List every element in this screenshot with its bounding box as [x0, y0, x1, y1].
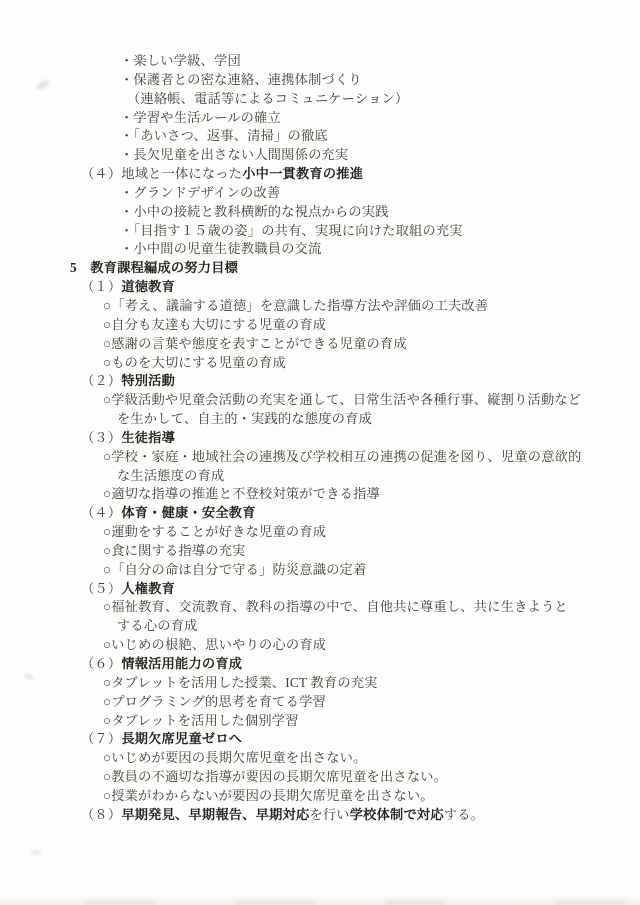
doc-text-segment: を生かして、自主的・実践的な態度の育成 — [117, 411, 372, 426]
doc-line-circle: ○プログラミング的思考を育てる学習 — [0, 693, 640, 712]
doc-text-segment: （４） — [81, 505, 121, 520]
doc-line-section: （２）特別活動 — [0, 372, 640, 391]
doc-line-circle: ○いじめの根絶、思いやりの心の育成 — [0, 636, 640, 655]
doc-line-section: （３）生徒指導 — [0, 429, 640, 448]
doc-text-segment-bold: 小中一貫教育の推進 — [242, 166, 363, 181]
doc-line-circle: ○「考え、議論する道徳」を意識した指導方法や評価の工夫改善 — [0, 297, 640, 316]
doc-line-circle: ○運動をすることが好きな児童の育成 — [0, 523, 640, 542]
doc-line-bullet: ・「あいさつ、返事、清掃」の徹底 — [0, 127, 640, 146]
doc-text-segment: ・「目指す１５歳の姿」の共有、実現に向けた取組の充実 — [120, 223, 463, 238]
doc-text-segment: ○学校・家庭・地域社会の連携及び学校相互の連携の促進を図り、児童の意欲的 — [103, 449, 582, 464]
doc-text-segment: ・グランドデザインの改善 — [120, 185, 280, 200]
doc-line-section: （４）体育・健康・安全教育 — [0, 504, 640, 523]
doc-text-segment: な生活態度の育成 — [117, 468, 225, 483]
doc-text-segment-bold: 長期欠席児童ゼロへ — [121, 731, 242, 746]
doc-text-segment: を行い — [309, 807, 349, 822]
doc-text-segment-bold: 体育・健康・安全教育 — [121, 505, 255, 520]
doc-text-segment-bold: 情報活用能力の育成 — [121, 656, 242, 671]
doc-text-segment: ○「自分の命は自分で守る」防災意識の定着 — [103, 562, 367, 577]
doc-line-section: （４）地域と一体になった小中一貫教育の推進 — [0, 165, 640, 184]
doc-text-segment: （１） — [81, 279, 121, 294]
doc-line-circle: ○適切な指導の推進と不登校対策ができる指導 — [0, 485, 640, 504]
doc-line-circle: ○いじめが要因の長期欠席児童を出さない。 — [0, 749, 640, 768]
doc-text-segment: ・小中の接続と教科横断的な視点からの実践 — [120, 204, 389, 219]
doc-text-segment-bold: 生徒指導 — [121, 430, 175, 445]
doc-line-bullet: ・小中の接続と教科横断的な視点からの実践 — [0, 203, 640, 222]
doc-line-bullet: ・グランドデザインの改善 — [0, 184, 640, 203]
doc-text-segment-bold: 早期発見、早期報告、早期対応 — [121, 807, 309, 822]
doc-line-bullet: ・保護者との密な連絡、連携体制づくり — [0, 71, 640, 90]
doc-text-segment: ○ものを大切にする児童の育成 — [103, 355, 286, 370]
doc-text-segment: ・保護者との密な連絡、連携体制づくり — [120, 72, 362, 87]
doc-text-segment: ○福祉教育、交流教育、教科の指導の中で、自他共に尊重し、共に生きようと — [103, 599, 568, 614]
scanned-document-page: ・楽しい学級、学団・保護者との密な連絡、連携体制づくり（連絡帳、電話等によるコミ… — [0, 0, 640, 905]
doc-text-segment-bold: 道徳教育 — [121, 279, 175, 294]
doc-text-segment-bold: 特別活動 — [121, 373, 175, 388]
doc-line-circle: ○タブレットを活用した個別学習 — [0, 712, 640, 731]
doc-text-segment: ○タブレットを活用した授業、ICT 教育の充実 — [103, 675, 378, 690]
doc-line-circle: ○授業がわからないが要因の長期欠席児童を出さない。 — [0, 787, 640, 806]
doc-line-section: （１）道徳教育 — [0, 278, 640, 297]
doc-text-segment: ○感謝の言葉や態度を表すことができる児童の育成 — [103, 336, 407, 351]
doc-line-cont: を生かして、自主的・実践的な態度の育成 — [0, 410, 640, 429]
doc-text-segment: （２） — [81, 373, 121, 388]
doc-text-segment: する。 — [444, 807, 484, 822]
doc-line-circle: ○学級活動や児童会活動の充実を通して、日常生活や各種行事、縦割り活動など — [0, 391, 640, 410]
doc-text-segment: （７） — [81, 731, 121, 746]
doc-text-segment: ○運動をすることが好きな児童の育成 — [103, 524, 326, 539]
doc-text-segment: （３） — [81, 430, 121, 445]
doc-text-segment-bold: 人権教育 — [121, 581, 175, 596]
doc-text-segment: ○いじめが要因の長期欠席児童を出さない。 — [103, 750, 367, 765]
scan-edge-shade — [0, 895, 640, 905]
doc-text-segment-bold: 学校体制で対応 — [350, 807, 444, 822]
doc-line-circle: ○福祉教育、交流教育、教科の指導の中で、自他共に尊重し、共に生きようと — [0, 598, 640, 617]
doc-text-segment: ・楽しい学級、学団 — [120, 53, 241, 68]
doc-text-segment: ○教員の不適切な指導が要因の長期欠席児童を出さない。 — [103, 769, 447, 784]
doc-line-circle: ○教員の不適切な指導が要因の長期欠席児童を出さない。 — [0, 768, 640, 787]
doc-text-segment-bold: 5 教育課程編成の努力目標 — [70, 260, 238, 275]
doc-text-segment: する心の育成 — [117, 618, 198, 633]
doc-line-circle: ○「自分の命は自分で守る」防災意識の定着 — [0, 561, 640, 580]
doc-text-segment: （４）地域と一体になった — [81, 166, 242, 181]
doc-text-segment: （８） — [81, 807, 121, 822]
doc-text-segment: ○適切な指導の推進と不登校対策ができる指導 — [103, 486, 380, 501]
doc-text-segment: ○タブレットを活用した個別学習 — [103, 713, 299, 728]
doc-text-segment: ○「考え、議論する道徳」を意識した指導方法や評価の工夫改善 — [103, 298, 488, 313]
doc-line-h1: 5 教育課程編成の努力目標 — [0, 259, 640, 278]
doc-text-segment: ・「あいさつ、返事、清掃」の徹底 — [120, 128, 328, 143]
doc-line-circle: ○自分も友達も大切にする児童の育成 — [0, 316, 640, 335]
doc-line-paren: （連絡帳、電話等によるコミュニケーション） — [0, 90, 640, 109]
doc-line-section: （５）人権教育 — [0, 580, 640, 599]
doc-text-segment: ・学習や生活ルールの確立 — [120, 110, 281, 125]
doc-text-segment: ○学級活動や児童会活動の充実を通して、日常生活や各種行事、縦割り活動など — [103, 392, 581, 407]
doc-text-segment: ○授業がわからないが要因の長期欠席児童を出さない。 — [103, 788, 434, 803]
doc-text-segment: ・小中間の児童生徒教職員の交流 — [120, 241, 322, 256]
doc-text-segment: （５） — [81, 581, 121, 596]
doc-text-segment: ○食に関する指導の充実 — [103, 543, 246, 558]
scan-smudge — [30, 850, 42, 855]
doc-line-bullet: ・学習や生活ルールの確立 — [0, 109, 640, 128]
doc-line-circle: ○学校・家庭・地域社会の連携及び学校相互の連携の促進を図り、児童の意欲的 — [0, 448, 640, 467]
doc-line-bullet: ・小中間の児童生徒教職員の交流 — [0, 240, 640, 259]
doc-text-segment: ○自分も友達も大切にする児童の育成 — [103, 317, 326, 332]
doc-text-segment: （連絡帳、電話等によるコミュニケーション） — [127, 91, 408, 106]
doc-text-segment: （６） — [81, 656, 121, 671]
doc-line-section: （８）早期発見、早期報告、早期対応を行い学校体制で対応する。 — [0, 806, 640, 825]
doc-line-section: （７）長期欠席児童ゼロへ — [0, 730, 640, 749]
doc-line-circle: ○ものを大切にする児童の育成 — [0, 354, 640, 373]
doc-line-bullet: ・楽しい学級、学団 — [0, 52, 640, 71]
doc-text-segment: ・長欠児童を出さない人間関係の充実 — [120, 147, 348, 162]
doc-line-bullet: ・長欠児童を出さない人間関係の充実 — [0, 146, 640, 165]
doc-line-cont: する心の育成 — [0, 617, 640, 636]
doc-line-section: （６）情報活用能力の育成 — [0, 655, 640, 674]
doc-line-circle: ○食に関する指導の充実 — [0, 542, 640, 561]
doc-line-circle: ○感謝の言葉や態度を表すことができる児童の育成 — [0, 335, 640, 354]
doc-text-segment: ○プログラミング的思考を育てる学習 — [103, 694, 326, 709]
doc-line-bullet: ・「目指す１５歳の姿」の共有、実現に向けた取組の充実 — [0, 222, 640, 241]
doc-line-circle: ○タブレットを活用した授業、ICT 教育の充実 — [0, 674, 640, 693]
doc-line-cont: な生活態度の育成 — [0, 467, 640, 486]
document-body: ・楽しい学級、学団・保護者との密な連絡、連携体制づくり（連絡帳、電話等によるコミ… — [0, 52, 640, 825]
doc-text-segment: ○いじめの根絶、思いやりの心の育成 — [103, 637, 326, 652]
